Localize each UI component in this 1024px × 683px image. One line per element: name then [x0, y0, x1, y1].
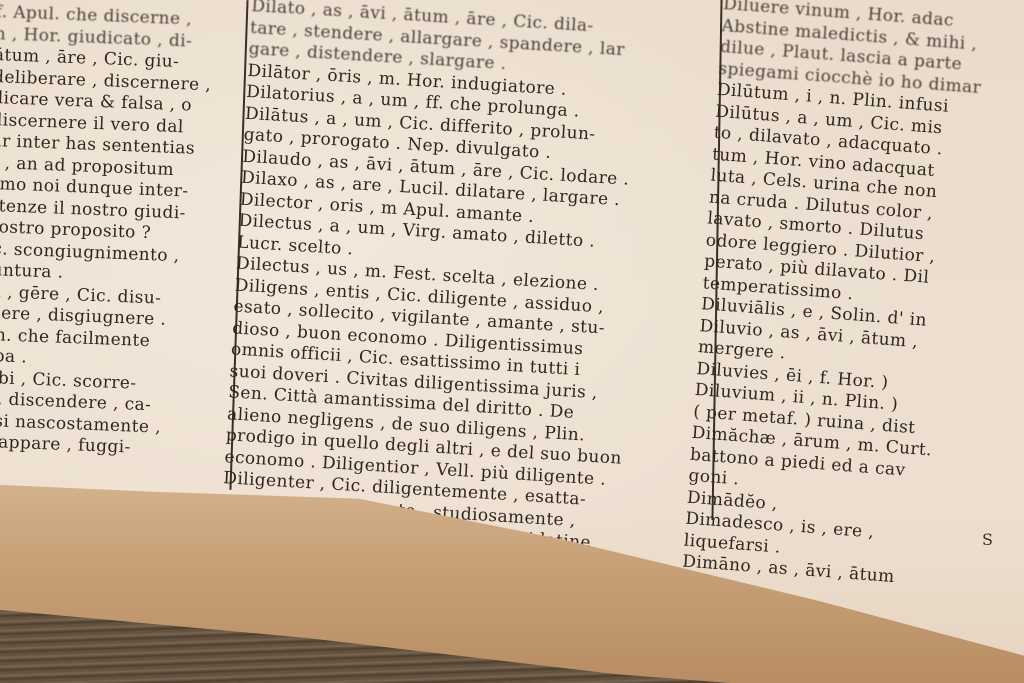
middle-column: Dilato , as , āvi , ātum , āre , Cic. di… [220, 0, 721, 560]
right-column: Diluere vinum , Hor. adac Abstine maledi… [681, 0, 1024, 596]
page-signature: S [982, 530, 993, 549]
left-column: f. Apul. che discerne , n , Hor. giudica… [0, 2, 236, 462]
